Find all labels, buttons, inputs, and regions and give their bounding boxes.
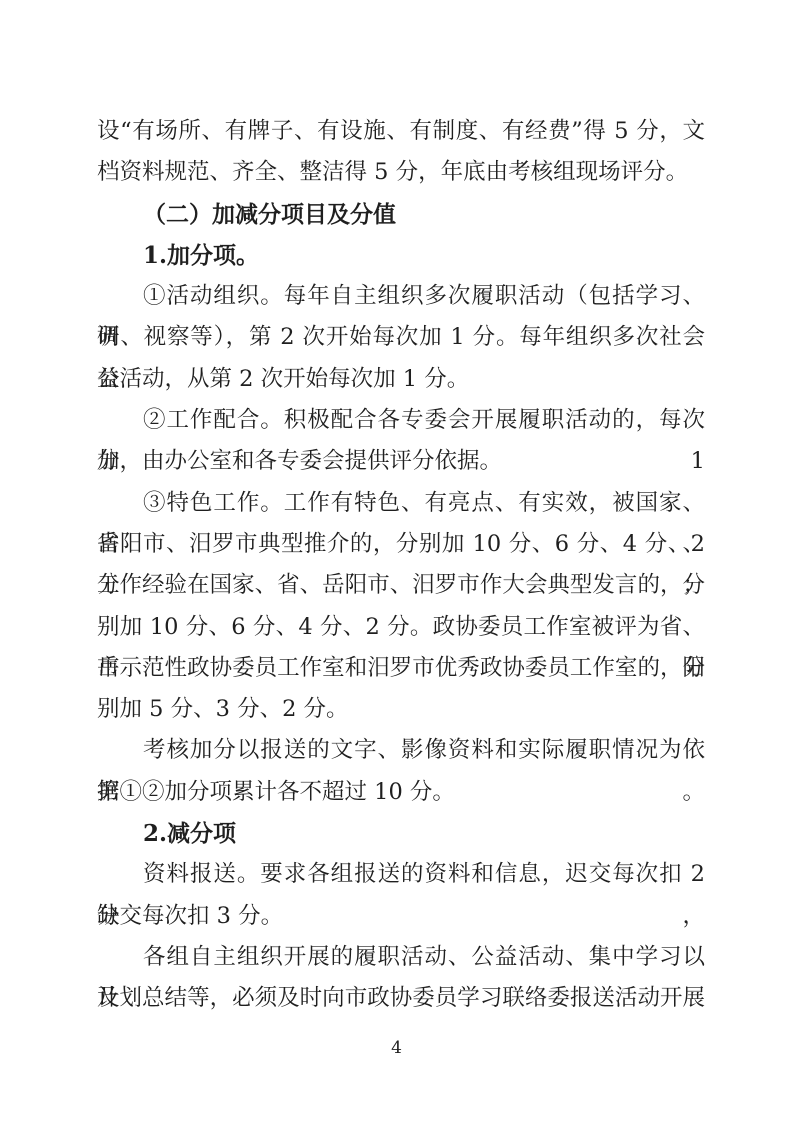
text-line: 研、视察等），第 2 次开始每次加 1 分。每年组织多次社会公 <box>97 317 705 358</box>
text-line: 设“有场所、有牌子、有设施、有制度、有经费”得 5 分，文 <box>97 111 705 152</box>
text-line: ①活动组织。每年自主组织多次履职活动（包括学习、调 <box>97 276 705 317</box>
text-line: 计划总结等，必须及时向市政协委员学习联络委报送活动开展 <box>97 978 705 1019</box>
text-line: 市示范性政协委员工作室和汨罗市优秀政协委员工作室的，分 <box>97 648 705 689</box>
text-line: 别加 10 分、6 分、4 分、2 分。政协委员工作室被评为省、岳阳 <box>97 607 705 648</box>
text-line: 档资料规范、齐全、整洁得 5 分，年底由考核组现场评分。 <box>97 152 705 193</box>
text-line: 工作经验在国家、省、岳阳市、汨罗市作大会典型发言的，分 <box>97 565 705 606</box>
text-line: （二）加减分项目及分值 <box>97 194 705 235</box>
text-line: 考核加分以报送的文字、影像资料和实际履职情况为依据。 <box>97 730 705 771</box>
document-page: 设“有场所、有牌子、有设施、有制度、有经费”得 5 分，文档资料规范、齐全、整洁… <box>0 0 793 1122</box>
text-line: 2.减分项 <box>97 813 705 854</box>
page-number: 4 <box>0 1036 793 1060</box>
text-line: 益活动，从第 2 次开始每次加 1 分。 <box>97 359 705 400</box>
text-line: 1.加分项。 <box>97 235 705 276</box>
text-line: ②工作配合。积极配合各专委会开展履职活动的，每次加 1 <box>97 400 705 441</box>
document-text-block: 设“有场所、有牌子、有设施、有制度、有经费”得 5 分，文档资料规范、齐全、整洁… <box>97 111 705 1020</box>
text-line: 岳阳市、汨罗市典型推介的，分别加 10 分、6 分、4 分、2 分； <box>97 524 705 565</box>
text-line: 资料报送。要求各组报送的资料和信息，迟交每次扣 2 分， <box>97 854 705 895</box>
text-line: 各组自主组织开展的履职活动、公益活动、集中学习以及 <box>97 937 705 978</box>
text-line: ③特色工作。工作有特色、有亮点、有实效，被国家、省、 <box>97 483 705 524</box>
text-line: 别加 5 分、3 分、2 分。 <box>97 689 705 730</box>
